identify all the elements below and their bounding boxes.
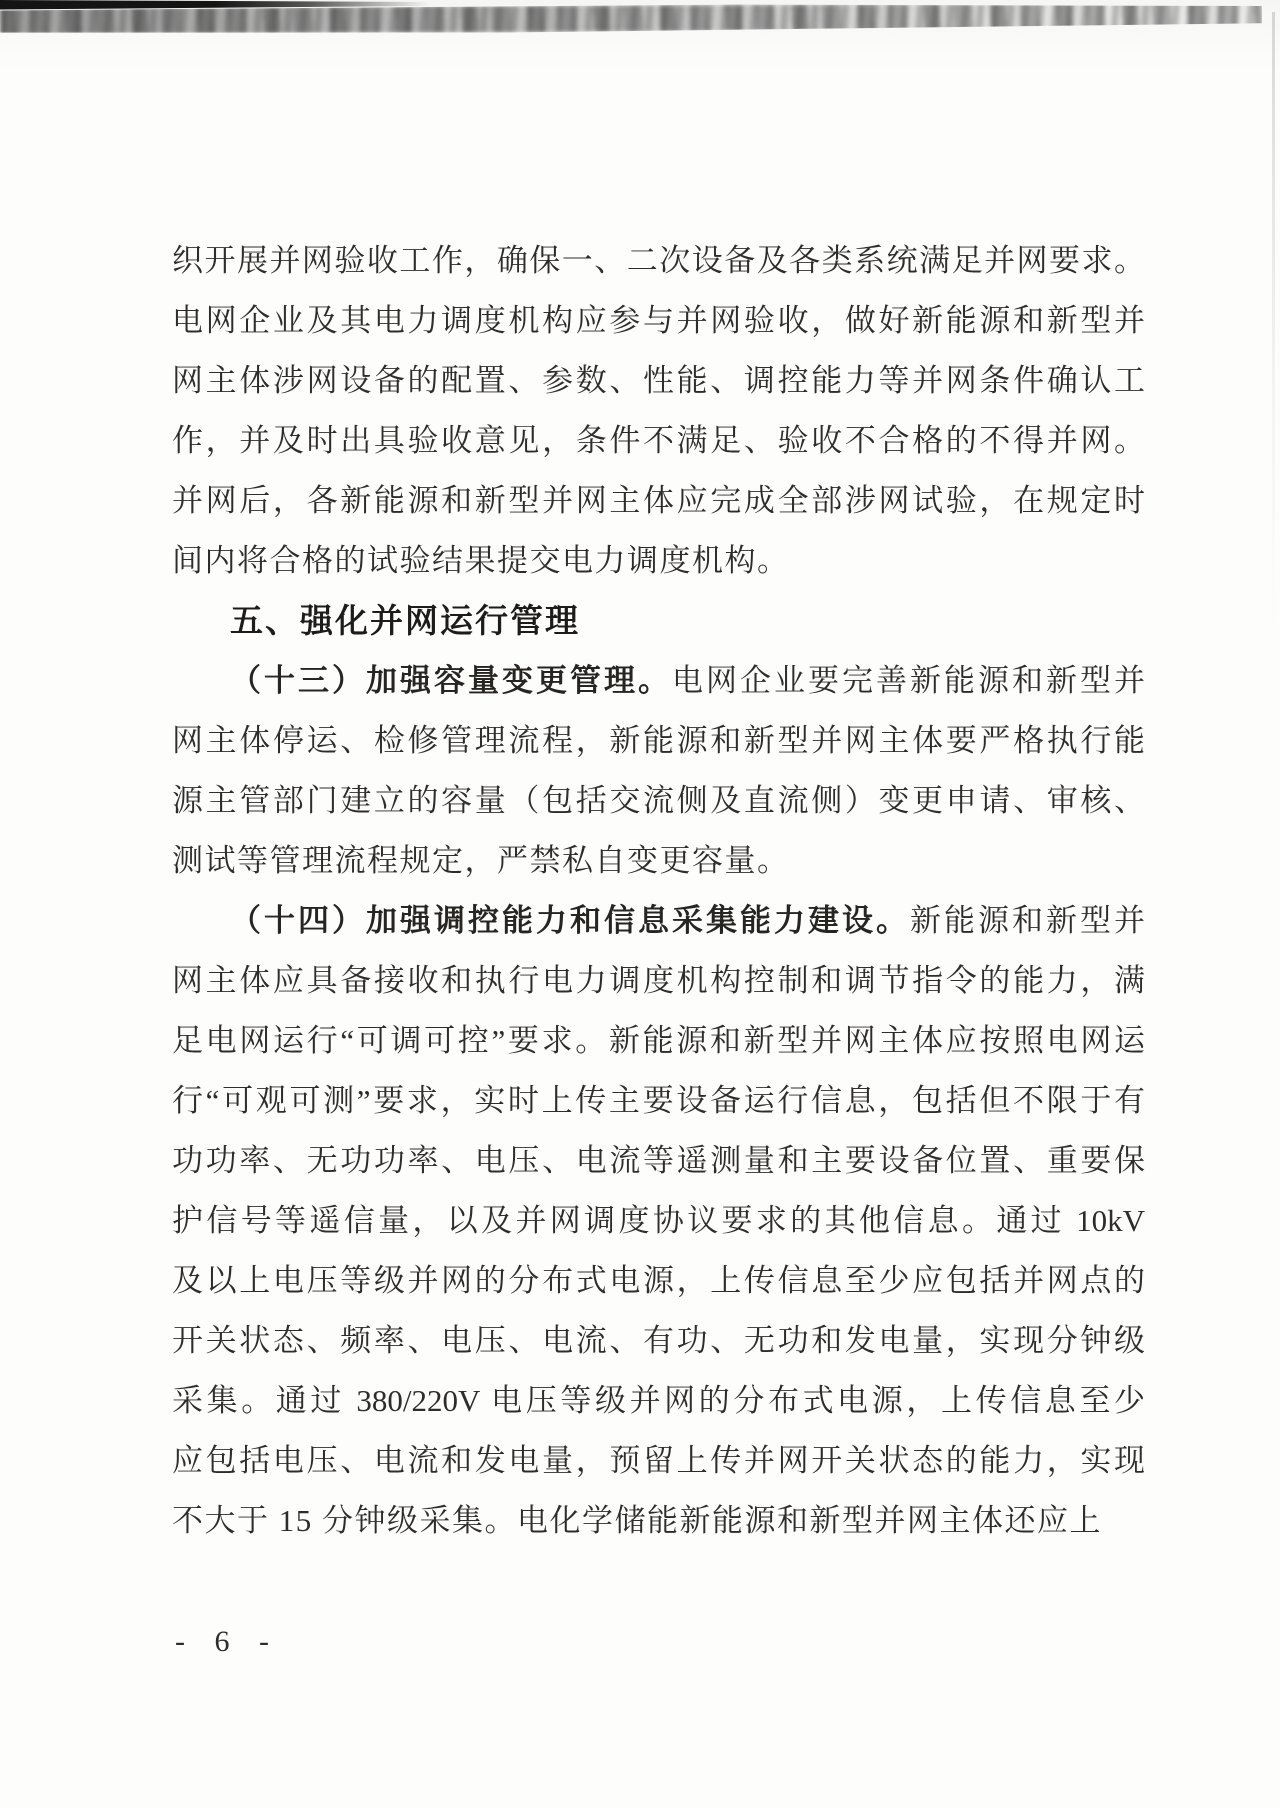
item-title: （十三）加强容量变更管理。 <box>230 663 672 698</box>
text-line: 并网后，各新能源和新型并网主体应完成全部涉网试验，在规定时 <box>172 471 1145 531</box>
scan-right-edge-line <box>1272 12 1275 632</box>
document-page: 织开展并网验收工作，确保一、二次设备及各类系统满足并网要求。电网企业及其电力调度… <box>0 0 1280 1808</box>
section-heading: 五、强化并网运行管理 <box>172 591 1145 651</box>
text-line: 网主体停运、检修管理流程，新能源和新型并网主体要严格执行能 <box>172 711 1145 771</box>
item-text: 新能源和新型并 <box>910 903 1145 938</box>
text-line: 护信号等遥信量，以及并网调度协议要求的其他信息。通过 10kV <box>172 1191 1145 1251</box>
text-line: 采集。通过 380/220V 电压等级并网的分布式电源，上传信息至少 <box>172 1371 1145 1431</box>
text-line: 功功率、无功功率、电压、电流等遥测量和主要设备位置、重要保 <box>172 1131 1145 1191</box>
text-line: 应包括电压、电流和发电量，预留上传并网开关状态的能力，实现 <box>172 1431 1145 1491</box>
text-line: （十四）加强调控能力和信息采集能力建设。新能源和新型并 <box>172 891 1145 951</box>
document-body: 织开展并网验收工作，确保一、二次设备及各类系统满足并网要求。电网企业及其电力调度… <box>172 231 1145 1551</box>
text-line: 不大于 15 分钟级采集。电化学储能新能源和新型并网主体还应上 <box>172 1491 1145 1551</box>
text-line: 织开展并网验收工作，确保一、二次设备及各类系统满足并网要求。 <box>172 231 1145 291</box>
text-line: 作，并及时出具验收意见，条件不满足、验收不合格的不得并网。 <box>172 411 1145 471</box>
text-line: 间内将合格的试验结果提交电力调度机构。 <box>172 531 1145 591</box>
page-number: - 6 - <box>175 1622 272 1662</box>
text-line: 源主管部门建立的容量（包括交流侧及直流侧）变更申请、审核、 <box>172 771 1145 831</box>
text-line: 及以上电压等级并网的分布式电源，上传信息至少应包括并网点的 <box>172 1251 1145 1311</box>
text-line: 网主体涉网设备的配置、参数、性能、调控能力等并网条件确认工 <box>172 351 1145 411</box>
text-line: 电网企业及其电力调度机构应参与并网验收，做好新能源和新型并 <box>172 291 1145 351</box>
text-line: 足电网运行“可调可控”要求。新能源和新型并网主体应按照电网运 <box>172 1011 1145 1071</box>
scanned-page: { "document": { "footer": { "page_number… <box>0 0 1280 1808</box>
text-line: 网主体应具备接收和执行电力调度机构控制和调节指令的能力，满 <box>172 951 1145 1011</box>
text-line: 测试等管理流程规定，严禁私自变更容量。 <box>172 831 1145 891</box>
item-title: （十四）加强调控能力和信息采集能力建设。 <box>230 903 910 938</box>
text-line: 开关状态、频率、电压、电流、有功、无功和发电量，实现分钟级 <box>172 1311 1145 1371</box>
text-line: （十三）加强容量变更管理。电网企业要完善新能源和新型并 <box>172 651 1145 711</box>
item-text: 电网企业要完善新能源和新型并 <box>672 663 1145 698</box>
text-line: 行“可观可测”要求，实时上传主要设备运行信息，包括但不限于有 <box>172 1071 1145 1131</box>
